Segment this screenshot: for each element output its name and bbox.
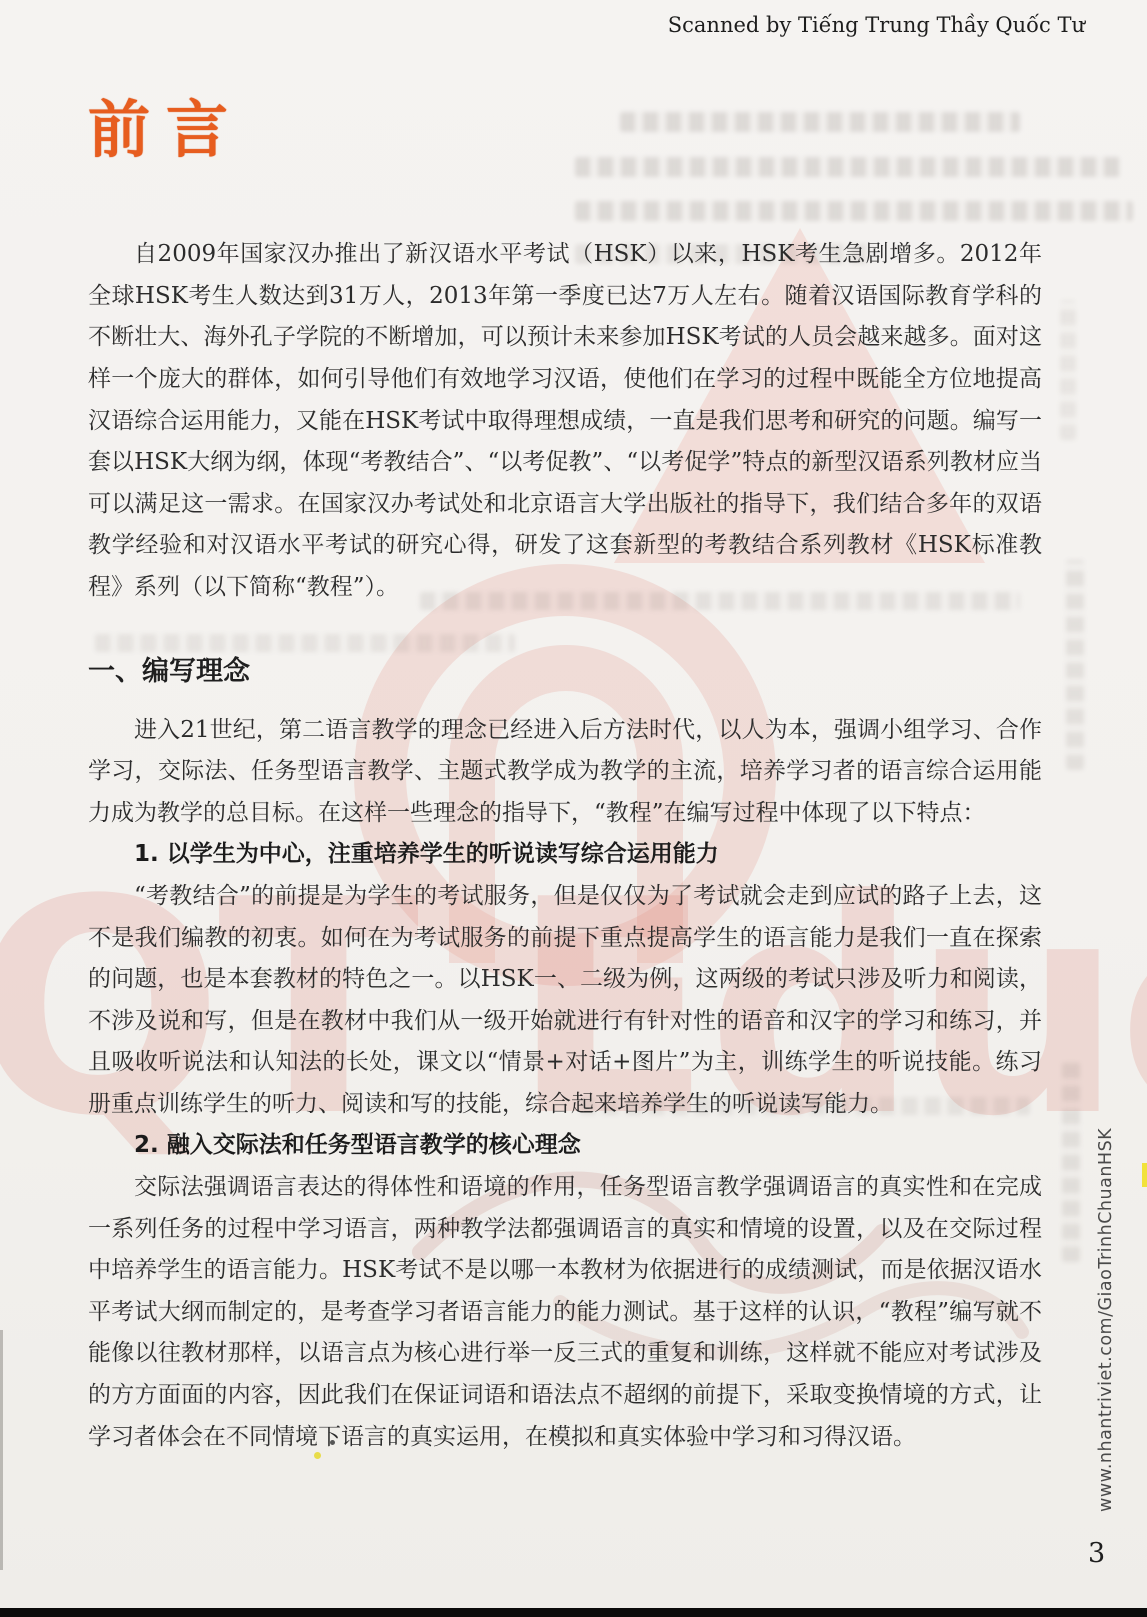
preface-content: 前言 自2009年国家汉办推出了新汉语水平考试（HSK）以来，HSK考生急剧增多… xyxy=(88,96,1042,1458)
scan-artifact-yellow xyxy=(1142,1163,1147,1187)
intro-paragraph: 自2009年国家汉办推出了新汉语水平考试（HSK）以来，HSK考生急剧增多。20… xyxy=(88,234,1042,608)
bleed-through-ghost xyxy=(1060,300,1076,440)
scan-left-edge xyxy=(0,1330,3,1570)
scan-artifact-dot xyxy=(314,1452,321,1459)
point1-heading: 1. 以学生为中心，注重培养学生的听说读写综合运用能力 xyxy=(88,834,1042,876)
bleed-through-ghost xyxy=(1062,1062,1080,1262)
scan-bottom-edge xyxy=(0,1608,1147,1617)
bleed-through-ghost xyxy=(1066,560,1084,770)
page-title: 前言 xyxy=(88,96,1042,164)
point2-paragraph: 交际法强调语言表达的得体性和语境的作用，任务型语言教学强调语言的真实性和在完成一… xyxy=(88,1167,1042,1458)
page-number: 3 xyxy=(1088,1538,1105,1569)
point1-paragraph: “考教结合”的前提是为学生的考试服务，但是仅仅为了考试就会走到应试的路子上去，这… xyxy=(88,876,1042,1126)
scanned-document-page: QT Education Scanned by Tiếng Trung Thầy… xyxy=(0,0,1147,1617)
section-heading: 一、编写理念 xyxy=(88,649,1042,688)
side-url: www.nhantriviet.com/GiaoTrinhChuanHSK xyxy=(1096,1128,1116,1512)
section-lead-paragraph: 进入21世纪，第二语言教学的理念已经进入后方法时代，以人为本，强调小组学习、合作… xyxy=(88,710,1042,835)
scan-credit: Scanned by Tiếng Trung Thầy Quốc Tư xyxy=(668,13,1085,37)
point2-heading: 2. 融入交际法和任务型语言教学的核心理念 xyxy=(88,1125,1042,1167)
scan-artifact-smudge xyxy=(330,1440,335,1445)
